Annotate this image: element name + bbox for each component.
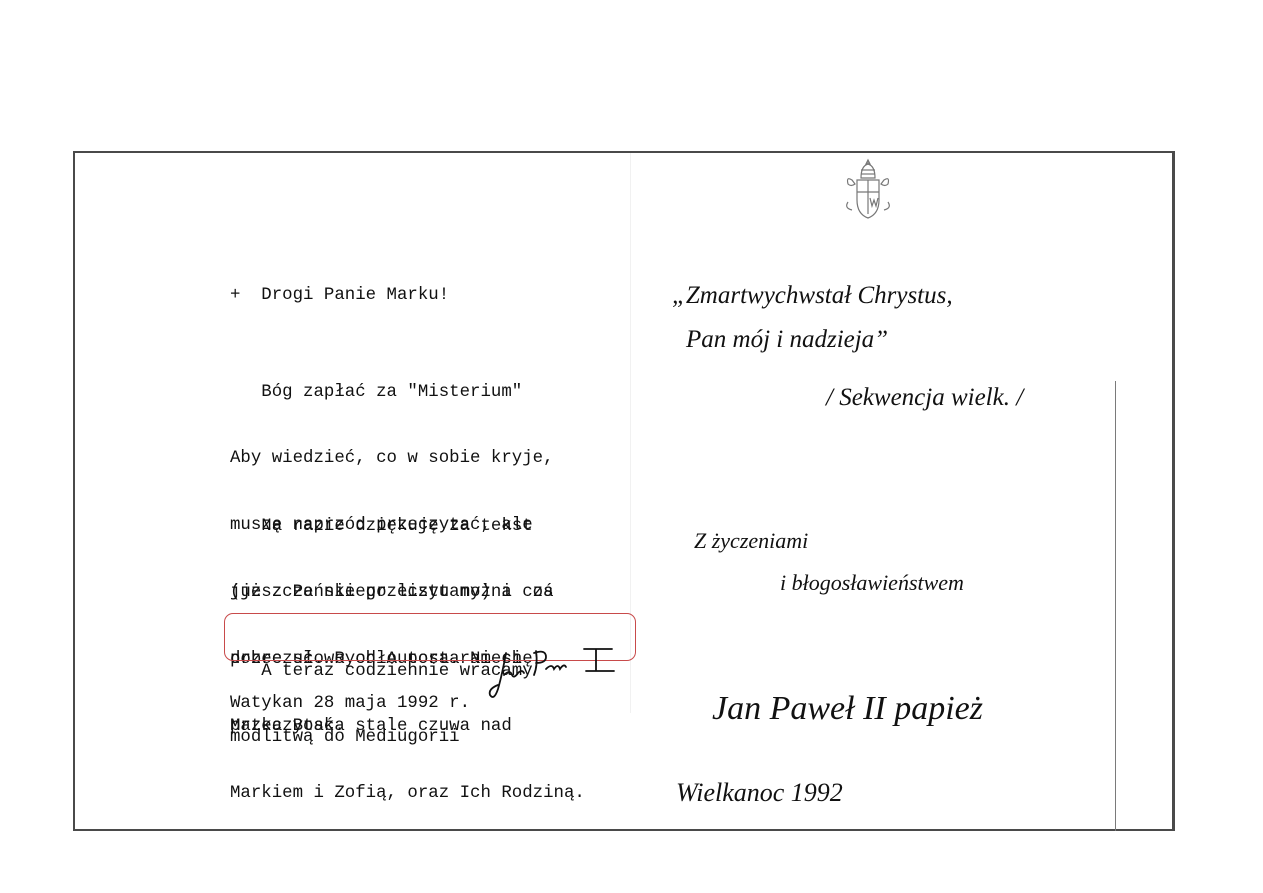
handwritten-source: / Sekwencja wielk. /	[826, 384, 1023, 412]
papal-coat-of-arms-icon	[842, 158, 894, 222]
handwritten-greeting-line-2: i błogosławieństwem	[780, 570, 964, 596]
card-edge-line	[1115, 381, 1116, 831]
text-line: Na razie dziękuję za tekst	[230, 516, 585, 538]
text-line: modlitwą do Mediugorii	[230, 727, 533, 749]
text-line: Bóg zapłać za "Misterium"	[230, 382, 554, 404]
text-line: Markiem i Zofią, oraz Ich Rodziną.	[230, 783, 585, 805]
handwritten-quote-line-1: „Zmartwychwstał Chrystus,	[672, 282, 953, 310]
handwritten-greeting-line-1: Z życzeniami	[694, 528, 808, 554]
signature-small	[488, 645, 623, 705]
place-date: Watykan 28 maja 1992 r.	[230, 693, 470, 715]
text-line: (jeszcze nie przeczytany) i za	[230, 582, 585, 604]
salutation: + Drogi Panie Marku!	[230, 285, 449, 307]
handwritten-signature: Jan Paweł II papież	[712, 690, 983, 728]
handwritten-quote-line-2: Pan mój i nadzieja”	[686, 326, 888, 354]
handwritten-date: Wielkanoc 1992	[676, 778, 843, 808]
text-line: Aby wiedzieć, co w sobie kryje,	[230, 448, 554, 470]
